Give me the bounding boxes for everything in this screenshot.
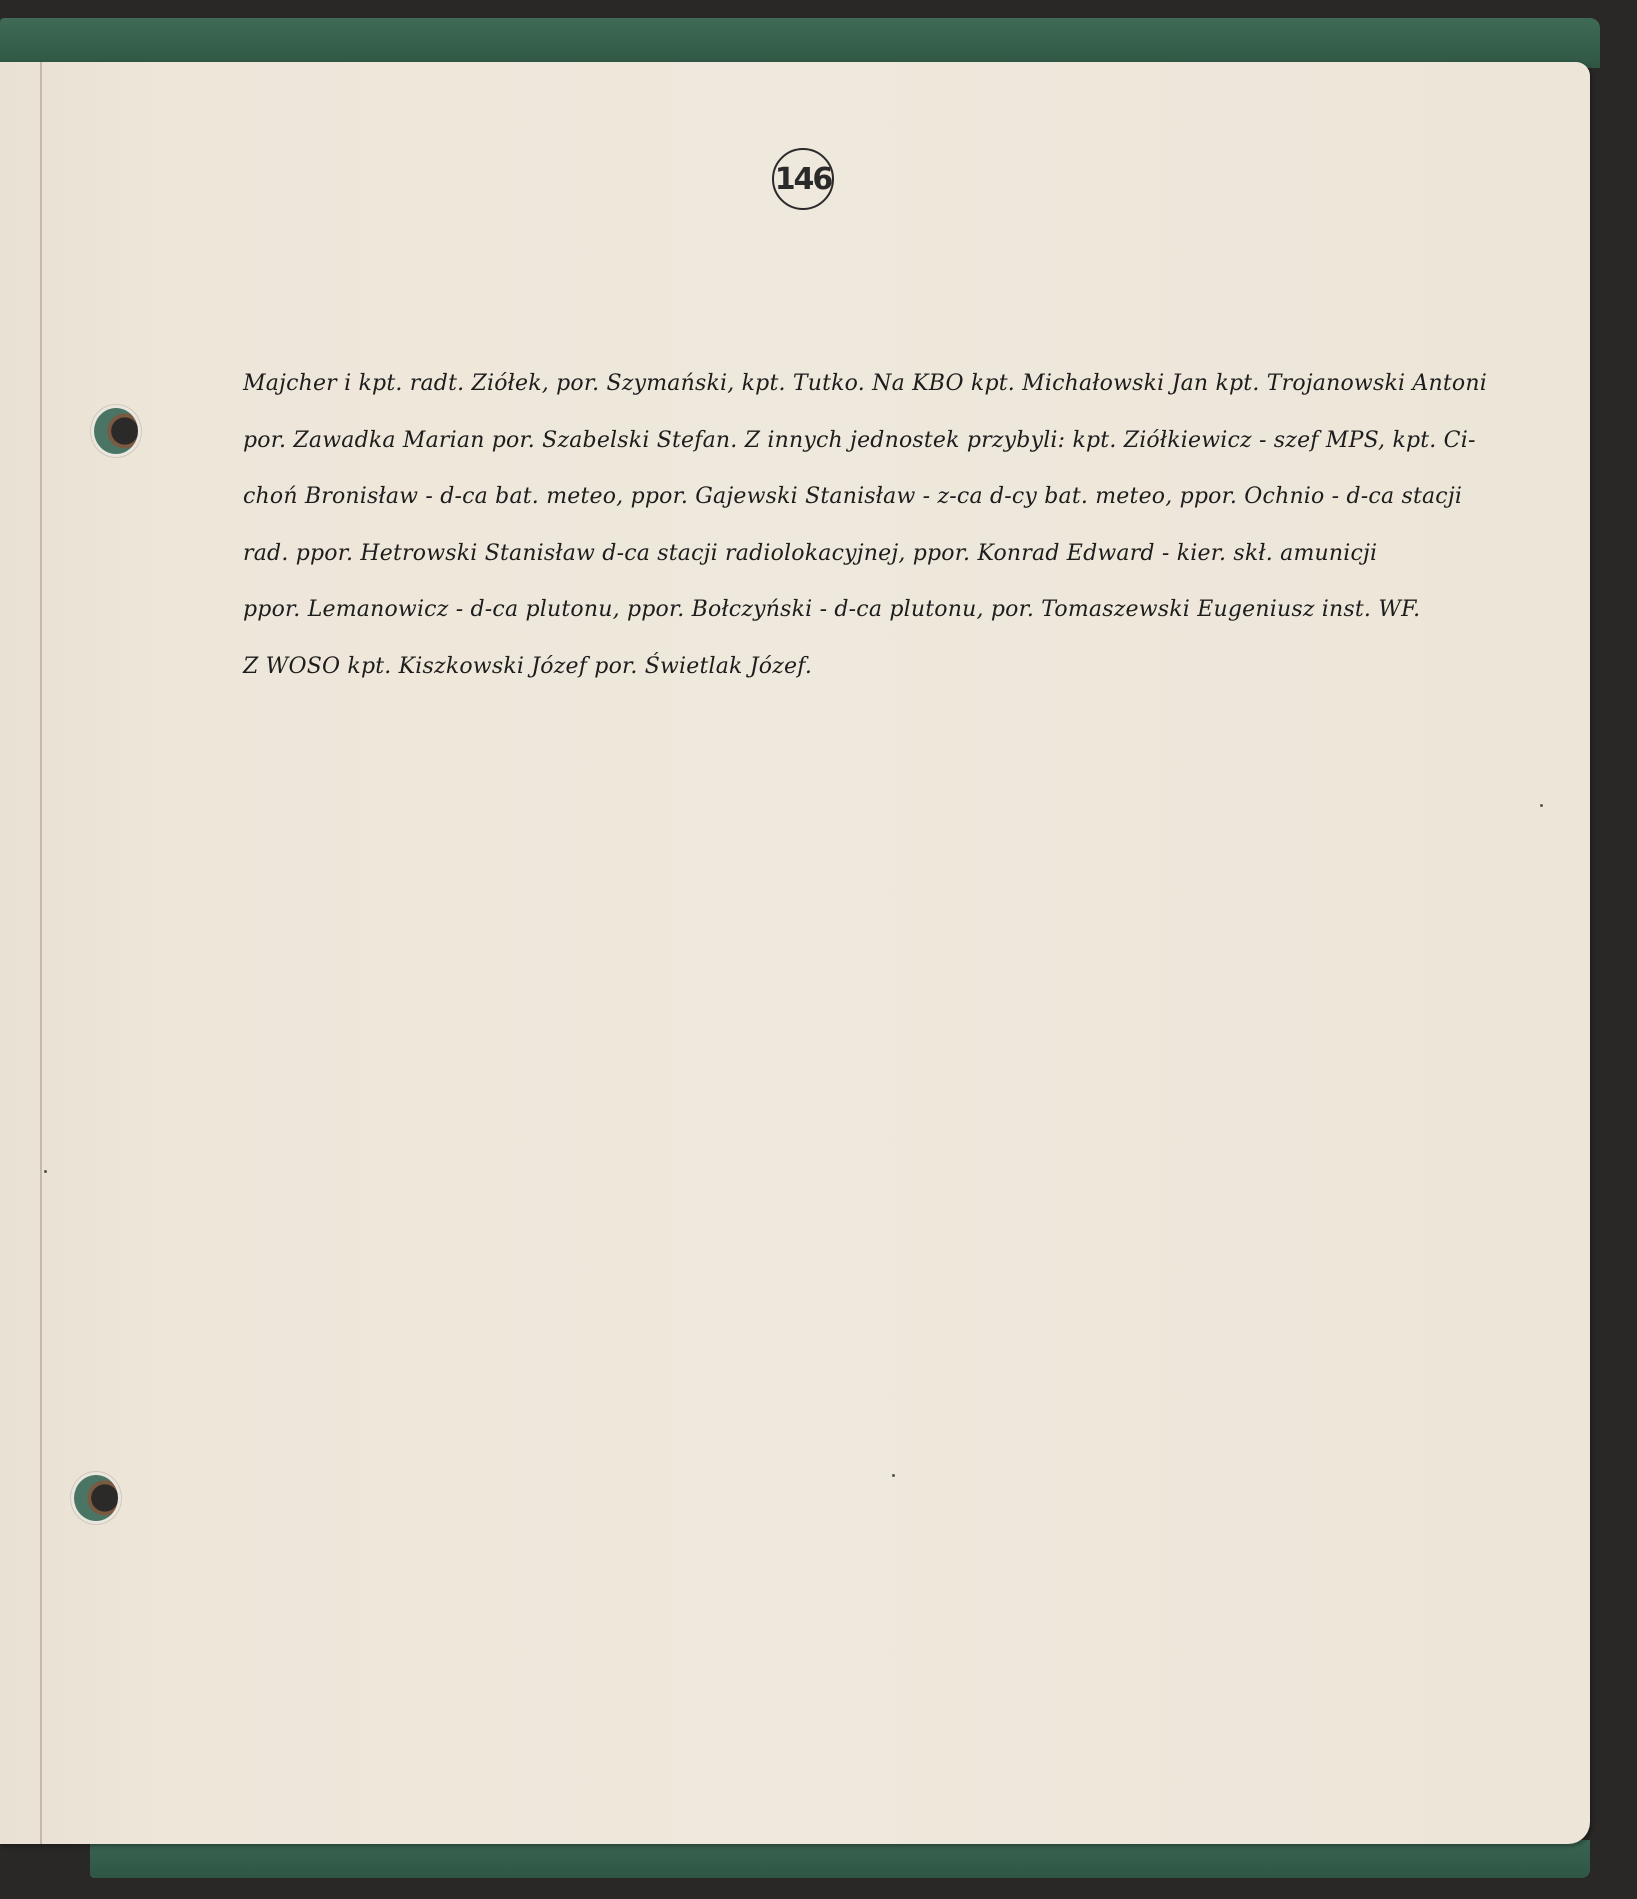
handwritten-text: Majcher i kpt. radt. Ziółek, por. Szymań…: [243, 356, 1453, 695]
binder-hole-top: [94, 408, 138, 454]
paper-speck: [1540, 804, 1543, 807]
text-line: Z WOSO kpt. Kiszkowski Józef por. Świetl…: [243, 639, 1453, 696]
paper-speck: [892, 1474, 895, 1477]
page-stack-edge: [40, 62, 42, 1844]
text-line: por. Zawadka Marian por. Szabelski Stefa…: [243, 413, 1453, 470]
binder-hole-bottom: [74, 1475, 118, 1521]
document-page: 146 Majcher i kpt. radt. Ziółek, por. Sz…: [0, 62, 1590, 1844]
paper-speck: [44, 1170, 47, 1173]
binder-cover-bottom: [90, 1840, 1590, 1878]
text-line: choń Bronisław - d-ca bat. meteo, ppor. …: [243, 469, 1453, 526]
page-number-circle: 146: [772, 148, 834, 210]
page-number: 146: [775, 162, 832, 197]
text-line: ppor. Lemanowicz - d-ca plutonu, ppor. B…: [243, 582, 1453, 639]
text-line: Majcher i kpt. radt. Ziółek, por. Szymań…: [243, 356, 1453, 413]
text-line: rad. ppor. Hetrowski Stanisław d-ca stac…: [243, 526, 1453, 583]
binder-cover-top: [0, 18, 1600, 68]
